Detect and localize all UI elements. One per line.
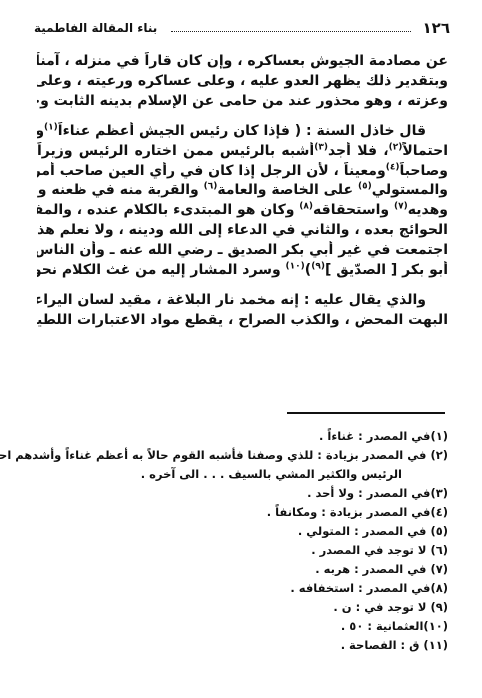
footnote-marker: (٧) xyxy=(430,562,448,576)
text-span: والمستولي xyxy=(372,182,448,198)
footnote-ref-8[interactable]: (٨) xyxy=(299,202,313,212)
footnote-ref-6[interactable]: (٦) xyxy=(204,182,218,192)
footnote-ref-9[interactable]: (٩) xyxy=(311,261,325,271)
footnote-5: (٥) في المصدر : المتولي . xyxy=(37,522,448,541)
text-span: وأشدهم xyxy=(37,123,44,139)
page-header: ١٢٦ بناء المقالة الفاطمية xyxy=(34,18,450,38)
text-span: والذي يقال عليه : إنه مخمد نار البلاغة ،… xyxy=(37,292,426,308)
text-span: ، فلا أجد xyxy=(328,143,389,159)
text-span: على الخاصة والعامة xyxy=(217,182,353,198)
text-line: وعزته ، وهو محذور عند من حامى عن الإسلام… xyxy=(37,92,448,112)
footnote-ref-4[interactable]: (٤) xyxy=(386,162,400,172)
footnote-2-continuation: الرئيس والكثير المشي بالسيف . . . الى آخ… xyxy=(37,465,448,484)
footnotes: (١)في المصدر : غناءاً . (٢) في المصدر بز… xyxy=(37,427,448,655)
footnote-separator xyxy=(287,412,445,414)
footnote-ref-5[interactable]: (٥) xyxy=(358,182,372,192)
footnote-7: (٧) في المصدر : هربه . xyxy=(37,560,448,579)
footnote-ref-2[interactable]: (٢) xyxy=(389,142,403,152)
text-span: واستحقاقه xyxy=(313,202,389,218)
page-number: ١٢٦ xyxy=(423,19,450,37)
footnote-10: (١٠)العثمانية : ٥٠ . xyxy=(37,617,448,636)
footnote-6: (٦) لا توجد في المصدر . xyxy=(37,541,448,560)
footnote-text: في المصدر : استخفافه . xyxy=(290,581,430,595)
text-line: عن مصادمة الجيوش بعساكره ، وإن كان قاراً… xyxy=(37,52,448,72)
text-span: احتمالاً xyxy=(402,143,448,159)
text-span: قال خاذل السنة : ( فإذا كان رئيس الجيش أ… xyxy=(58,123,426,139)
footnote-ref-10[interactable]: (١٠) xyxy=(286,261,305,271)
footnote-marker: (٥) xyxy=(430,524,448,538)
text-line: البهت المحض ، والكذب الصراح ، يقطع مواد … xyxy=(37,311,448,331)
footnote-text: في المصدر بزيادة : ومكانفاً . xyxy=(267,505,431,519)
text-line: وهديه(٧) واستحقاقه(٨) وكان هو المبتدىء ب… xyxy=(37,201,448,221)
footnote-marker: (٩) xyxy=(430,600,448,614)
text-span: والقربة منه في ظعنه ومقامه وخلواته xyxy=(37,182,199,198)
footnote-text: لا توجد في : ن . xyxy=(333,600,426,614)
main-text: عن مصادمة الجيوش بعساكره ، وإن كان قاراً… xyxy=(37,52,448,331)
header-dotted-leader xyxy=(171,31,410,32)
footnote-marker: (١٠) xyxy=(423,619,448,633)
footnote-marker: (٨) xyxy=(430,581,448,595)
footnote-text: في المصدر : هربه . xyxy=(315,562,426,576)
footnote-ref-1[interactable]: (١) xyxy=(44,122,58,132)
footnote-8: (٨)في المصدر : استخفافه . xyxy=(37,579,448,598)
footnote-text: ق : الفصاحة . xyxy=(341,638,420,652)
text-line: احتمالاً(٢)، فلا أجد(٣)أشبه بالرئيس ممن … xyxy=(37,142,448,162)
text-line: اجتمعت في غير أبي بكر الصديق ـ رضي الله … xyxy=(37,241,448,261)
footnote-marker: (٤) xyxy=(430,505,448,519)
text-line: وبتقدير ذلك يظهر العدو عليه ، وعلى عساكر… xyxy=(37,72,448,92)
book-page: ١٢٦ بناء المقالة الفاطمية عن مصادمة الجي… xyxy=(0,0,482,698)
footnote-2: (٢) في المصدر بزيادة : للذي وصفنا فأشبه … xyxy=(37,446,448,465)
footnote-marker: (١) xyxy=(430,429,448,443)
text-span: وصاحباً xyxy=(399,163,448,179)
text-span: وكان هو المبتدىء بالكلام عنده ، والمفزع … xyxy=(37,202,294,218)
text-span: وهديه xyxy=(408,202,448,218)
footnote-3: (٣)في المصدر : ولا أحد . xyxy=(37,484,448,503)
text-line: قال خاذل السنة : ( فإذا كان رئيس الجيش أ… xyxy=(37,122,448,142)
footnote-text: في المصدر : المتولي . xyxy=(298,524,427,538)
footnote-text: في المصدر بزيادة : للذي وصفنا فأشبه القو… xyxy=(0,448,426,462)
paragraph-3: والذي يقال عليه : إنه مخمد نار البلاغة ،… xyxy=(37,291,448,331)
text-span: وسرد المشار إليه من غث الكلام نحو هذا . xyxy=(37,262,281,278)
text-span: أشبه بالرئيس ممن اختاره الرئيس وزيراً xyxy=(37,143,314,159)
footnote-text: العثمانية : ٥٠ . xyxy=(341,619,424,633)
paragraph-2: قال خاذل السنة : ( فإذا كان رئيس الجيش أ… xyxy=(37,122,448,281)
footnote-text: في المصدر : غناءاً . xyxy=(319,429,430,443)
footnote-9: (٩) لا توجد في : ن . xyxy=(37,598,448,617)
footnote-ref-3[interactable]: (٣) xyxy=(314,142,328,152)
text-line: الحوائج بعده ، والثاني في الدعاء إلى الل… xyxy=(37,221,448,241)
text-line: وصاحباً(٤)ومعيناً ، لأن الرجل إذا كان في… xyxy=(37,162,448,182)
footnote-11: (١١) ق : الفصاحة . xyxy=(37,636,448,655)
footnote-text: في المصدر : ولا أحد . xyxy=(307,486,430,500)
footnote-ref-7[interactable]: (٧) xyxy=(394,202,408,212)
footnote-marker: (٢) xyxy=(430,448,448,462)
footnote-1: (١)في المصدر : غناءاً . xyxy=(37,427,448,446)
running-title: بناء المقالة الفاطمية xyxy=(34,21,157,35)
paragraph-1: عن مصادمة الجيوش بعساكره ، وإن كان قاراً… xyxy=(37,52,448,112)
text-span: أبو بكر [ الصدّيق ] xyxy=(325,262,448,278)
text-line: والذي يقال عليه : إنه مخمد نار البلاغة ،… xyxy=(37,291,448,311)
footnote-marker: (١١) xyxy=(423,638,448,652)
text-line: والمستولي(٥) على الخاصة والعامة(٦) والقر… xyxy=(37,181,448,201)
text-span: ومعيناً ، لأن الرجل إذا كان في رأي العين… xyxy=(37,163,386,179)
footnote-text: لا توجد في المصدر . xyxy=(311,543,426,557)
text-line: أبو بكر [ الصدّيق ](٩))(١٠) وسرد المشار … xyxy=(37,261,448,281)
footnote-marker: (٣) xyxy=(430,486,448,500)
footnote-marker: (٦) xyxy=(430,543,448,557)
footnote-4: (٤)في المصدر بزيادة : ومكانفاً . xyxy=(37,503,448,522)
